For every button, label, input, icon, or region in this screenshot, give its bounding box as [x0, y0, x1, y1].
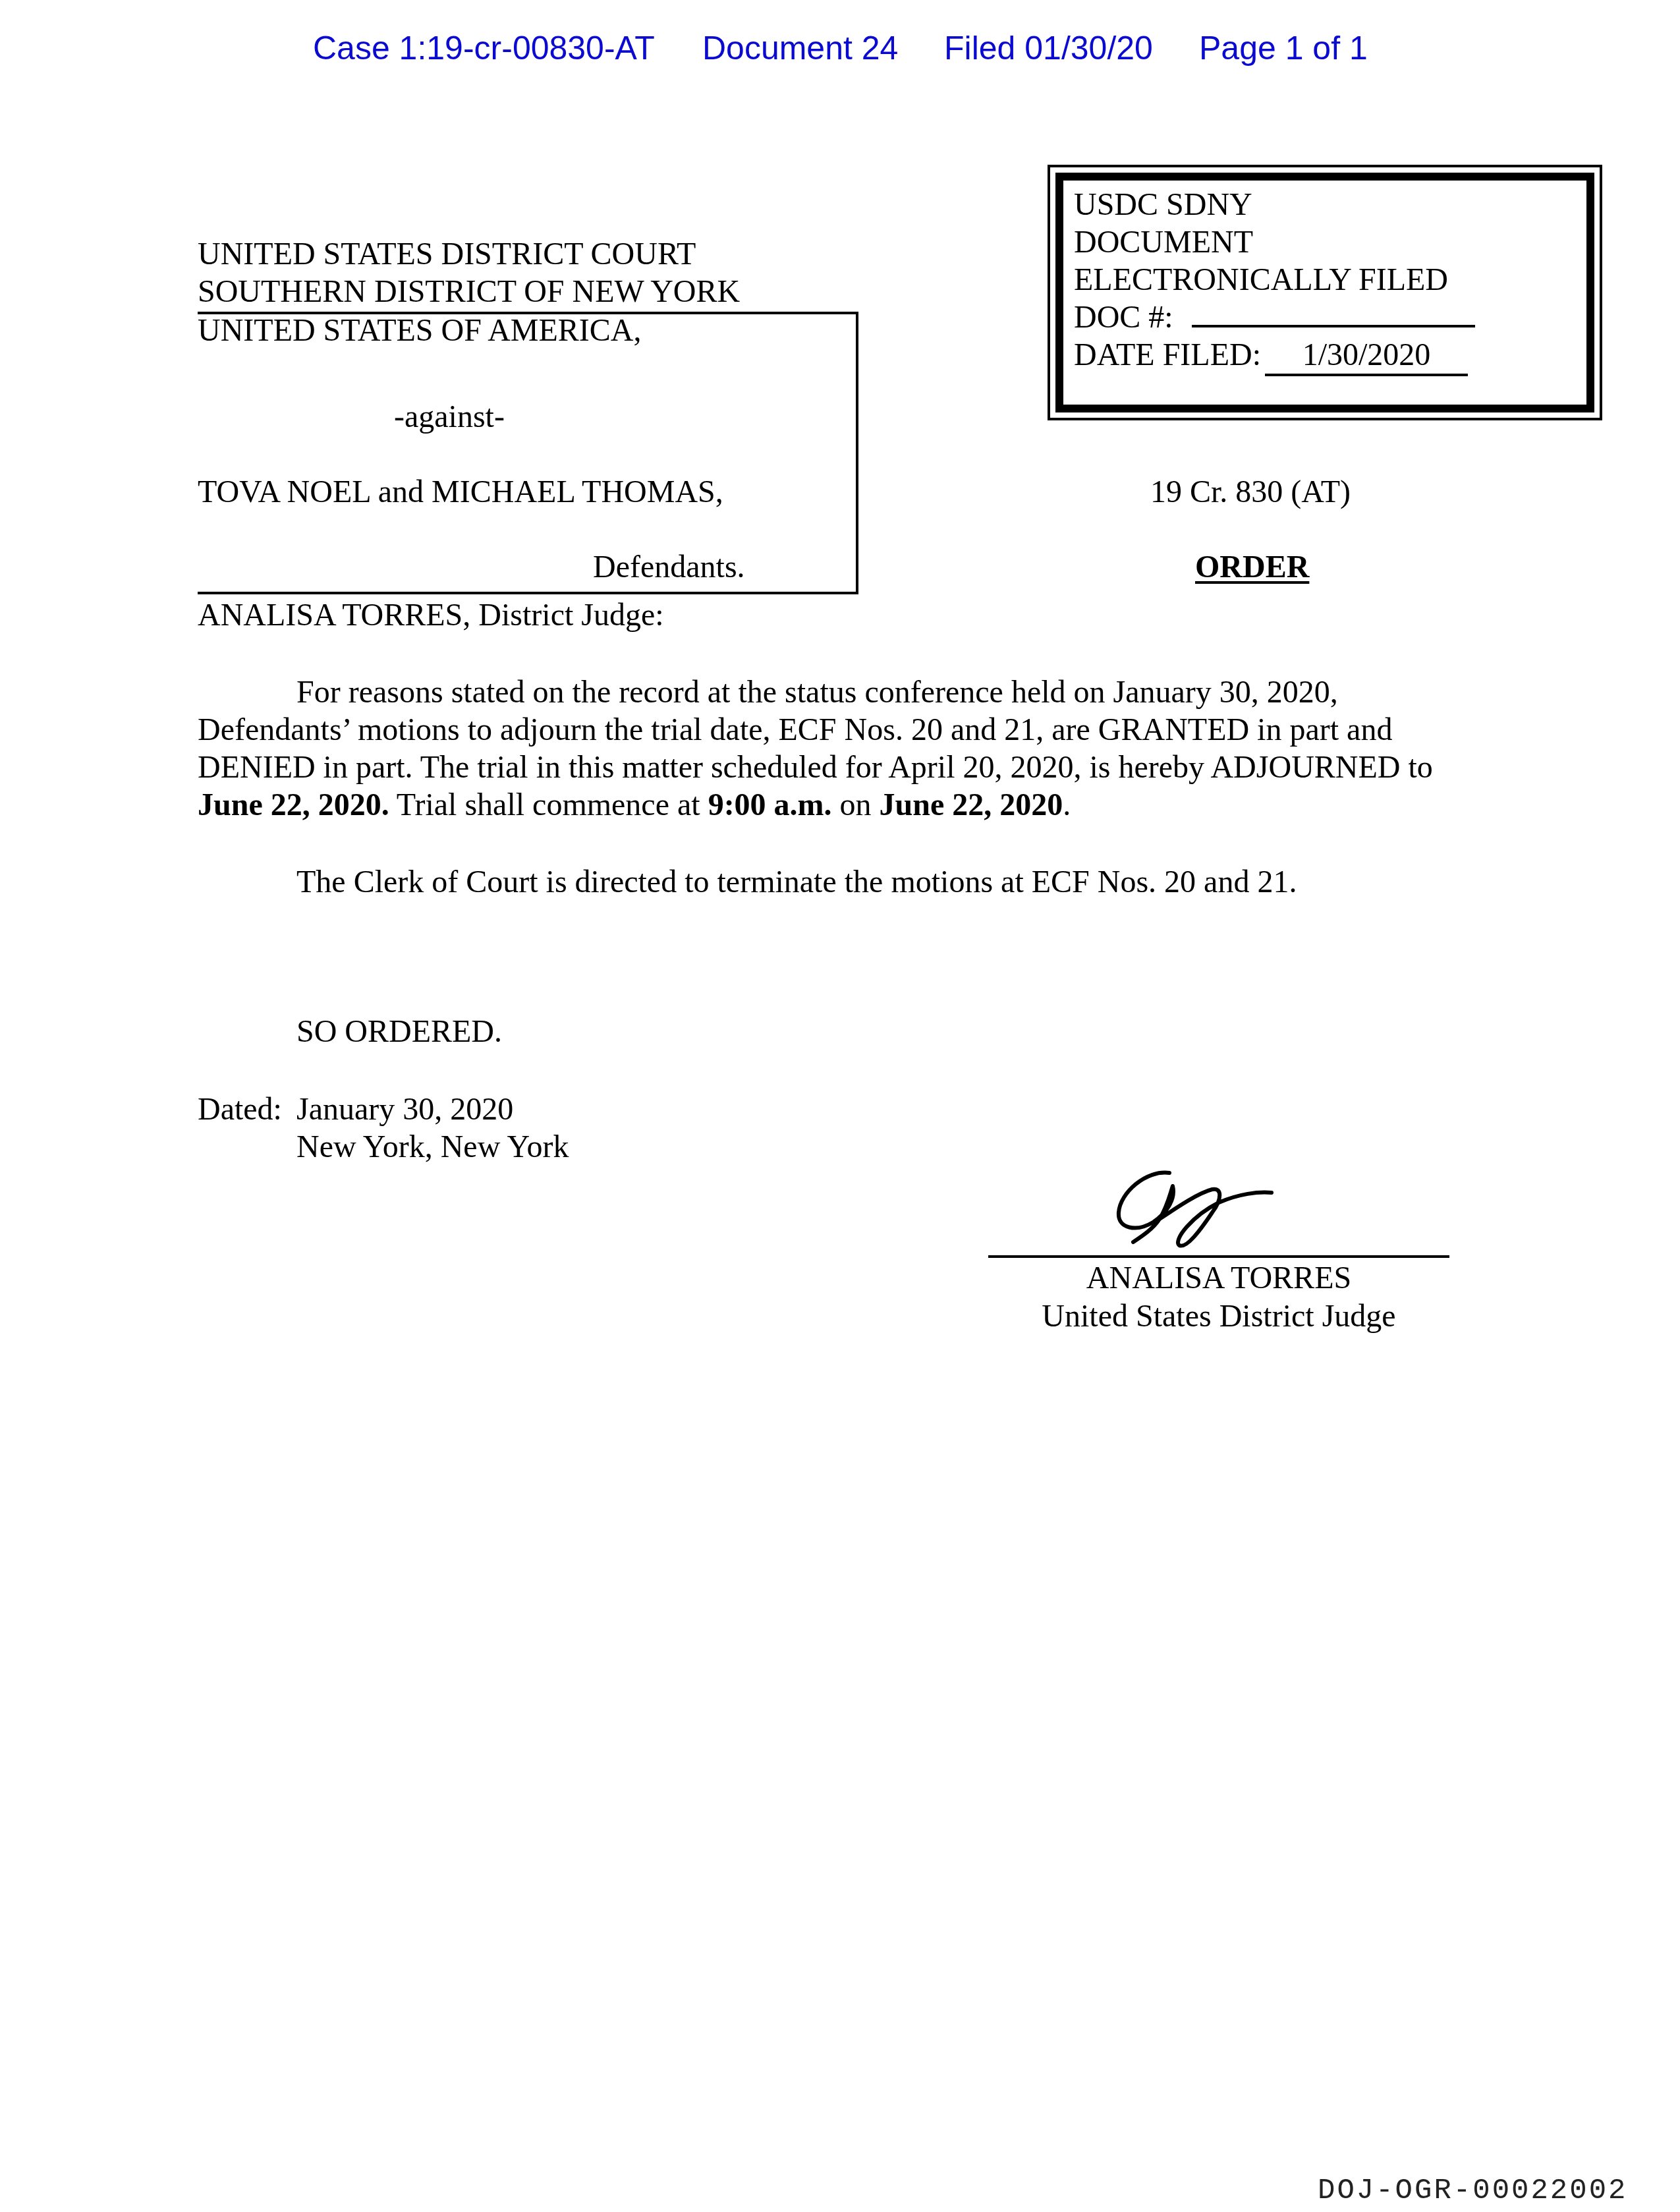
stamp-doc-number: DOC #: [1074, 298, 1475, 336]
stamp-date-filed: DATE FILED:1/30/2020 [1074, 336, 1475, 376]
stamp-line-electronic: ELECTRONICALLY FILED [1074, 261, 1475, 298]
signature-line [988, 1255, 1449, 1258]
plaintiff: UNITED STATES OF AMERICA, [198, 312, 642, 349]
stamp-text: USDC SDNY DOCUMENT ELECTRONICALLY FILED … [1074, 186, 1475, 376]
ecf-filed-date: Filed 01/30/20 [944, 29, 1153, 67]
ecf-case-number: Case 1:19-cr-00830-AT [313, 29, 655, 67]
paragraph-text: Trial shall commence at [389, 787, 708, 822]
stamp-line-document: DOCUMENT [1074, 223, 1475, 261]
defendants-names: TOVA NOEL and MICHAEL THOMAS, [198, 474, 723, 510]
against: -against- [394, 399, 505, 435]
dated-date: January 30, 2020 [296, 1091, 513, 1128]
stamp-line-usdc: USDC SDNY [1074, 186, 1475, 223]
bates-number: DOJ-OGR-00022002 [1318, 2174, 1627, 2207]
paragraph-text: For reasons stated on the record at the … [198, 675, 1433, 785]
signer-title: United States District Judge [988, 1298, 1449, 1334]
judge-intro: ANALISA TORRES, District Judge: [198, 597, 664, 633]
stamp-date-value: 1/30/2020 [1265, 336, 1468, 376]
defendants-label: Defendants. [593, 549, 745, 585]
court-name-line2: SOUTHERN DISTRICT OF NEW YORK [198, 273, 740, 310]
paragraph-text: . [1063, 787, 1071, 822]
trial-time: 9:00 a.m. [708, 787, 832, 822]
stamp-date-label: DATE FILED: [1074, 337, 1261, 372]
new-trial-date: June 22, 2020. [198, 787, 389, 822]
filing-stamp: USDC SDNY DOCUMENT ELECTRONICALLY FILED … [1048, 165, 1602, 420]
ecf-page-count: Page 1 of 1 [1199, 29, 1368, 67]
stamp-doc-label: DOC #: [1074, 300, 1173, 335]
signature-icon [1107, 1166, 1318, 1252]
court-name-line1: UNITED STATES DISTRICT COURT [198, 236, 696, 272]
trial-date: June 22, 2020 [880, 787, 1063, 822]
dated-place: New York, New York [296, 1128, 569, 1166]
caption-box [198, 312, 858, 594]
signer-name: ANALISA TORRES [988, 1260, 1449, 1296]
ecf-document-number: Document 24 [702, 29, 898, 67]
stamp-doc-blank [1192, 298, 1475, 327]
order-paragraph-1: For reasons stated on the record at the … [198, 673, 1469, 824]
document-title: ORDER [1195, 549, 1309, 585]
case-number: 19 Cr. 830 (AT) [1150, 474, 1351, 510]
dated-label: Dated: [198, 1091, 282, 1128]
so-ordered: SO ORDERED. [296, 1013, 502, 1050]
paragraph-text: on [832, 787, 880, 822]
order-paragraph-2: The Clerk of Court is directed to termin… [198, 863, 1469, 901]
